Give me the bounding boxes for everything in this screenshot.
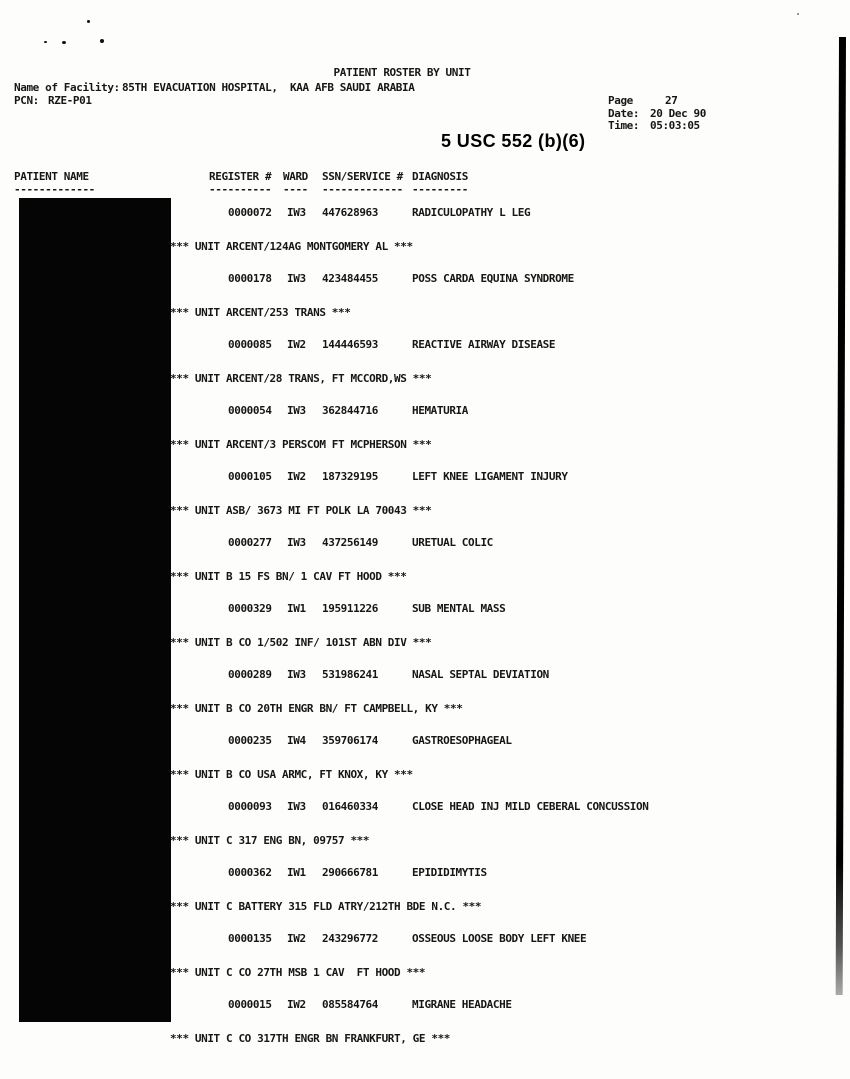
register-number: 0000054 [228, 404, 272, 417]
register-number: 0000105 [228, 470, 272, 483]
unit-separator-label: *** UNIT C BATTERY 315 FLD ATRY/212TH BD… [170, 900, 481, 913]
col-underline-ssn-service: ------------- [322, 183, 403, 196]
scan-speck [44, 41, 47, 43]
page-number: 27 [665, 94, 677, 107]
col-header-ssn-service: SSN/SERVICE # [322, 170, 403, 183]
ssn-service-number: 243296772 [322, 932, 378, 945]
ssn-service-number: 362844716 [322, 404, 378, 417]
unit-separator-row: *** UNIT C CO 317TH ENGR BN FRANKFURT, G… [0, 1032, 850, 1046]
ssn-service-number: 144446593 [322, 338, 378, 351]
diagnosis-text: REACTIVE AIRWAY DISEASE [412, 338, 555, 351]
register-number: 0000085 [228, 338, 272, 351]
diagnosis-text: POSS CARDA EQUINA SYNDROME [412, 272, 574, 285]
register-number: 0000329 [228, 602, 272, 615]
col-header-register: REGISTER # [209, 170, 271, 183]
col-underline-patient-name: ------------- [14, 183, 95, 196]
ward-code: IW3 [287, 272, 306, 285]
register-number: 0000135 [228, 932, 272, 945]
scan-speck [87, 20, 90, 23]
col-header-ward: WARD [283, 170, 308, 183]
ssn-service-number: 195911226 [322, 602, 378, 615]
scan-speck [62, 41, 66, 44]
register-number: 0000362 [228, 866, 272, 879]
page-label: Page [608, 94, 633, 107]
unit-separator-label: *** UNIT ARCENT/28 TRANS, FT MCCORD,WS *… [170, 372, 431, 385]
unit-separator-label: *** UNIT B CO USA ARMC, FT KNOX, KY *** [170, 768, 413, 781]
foia-exemption-stamp: 5 USC 552 (b)(6) [441, 131, 585, 152]
redaction-block [19, 198, 171, 1022]
scan-speck [797, 13, 799, 15]
unit-separator-label: *** UNIT B 15 FS BN/ 1 CAV FT HOOD *** [170, 570, 406, 583]
ward-code: IW2 [287, 932, 306, 945]
scan-speck [100, 39, 104, 43]
diagnosis-text: URETUAL COLIC [412, 536, 493, 549]
ward-code: IW3 [287, 800, 306, 813]
diagnosis-text: EPIDIDIMYTIS [412, 866, 487, 879]
register-number: 0000072 [228, 206, 272, 219]
scanned-report-page: PATIENT ROSTER BY UNIT Name of Facility:… [0, 0, 850, 1079]
ward-code: IW3 [287, 536, 306, 549]
diagnosis-text: RADICULOPATHY L LEG [412, 206, 530, 219]
unit-separator-label: *** UNIT ARCENT/124AG MONTGOMERY AL *** [170, 240, 413, 253]
ssn-service-number: 085584764 [322, 998, 378, 1011]
pcn-value: RZE-P01 [48, 94, 92, 107]
ssn-service-number: 531986241 [322, 668, 378, 681]
diagnosis-text: OSSEOUS LOOSE BODY LEFT KNEE [412, 932, 586, 945]
col-header-diagnosis: DIAGNOSIS [412, 170, 468, 183]
register-number: 0000015 [228, 998, 272, 1011]
ssn-service-number: 359706174 [322, 734, 378, 747]
ward-code: IW2 [287, 470, 306, 483]
diagnosis-text: MIGRANE HEADACHE [412, 998, 512, 1011]
ward-code: IW3 [287, 404, 306, 417]
ward-code: IW4 [287, 734, 306, 747]
ssn-service-number: 437256149 [322, 536, 378, 549]
unit-separator-label: *** UNIT ARCENT/253 TRANS *** [170, 306, 350, 319]
diagnosis-text: CLOSE HEAD INJ MILD CEBERAL CONCUSSION [412, 800, 648, 813]
diagnosis-text: SUB MENTAL MASS [412, 602, 505, 615]
time-label: Time: [608, 119, 639, 132]
ssn-service-number: 423484455 [322, 272, 378, 285]
report-title: PATIENT ROSTER BY UNIT [332, 66, 472, 79]
pcn-label: PCN: [14, 94, 39, 107]
col-underline-register: ---------- [209, 183, 271, 196]
col-header-patient-name: PATIENT NAME [14, 170, 89, 183]
col-underline-ward: ---- [283, 183, 308, 196]
col-underline-diagnosis: --------- [412, 183, 468, 196]
unit-separator-label: *** UNIT C CO 27TH MSB 1 CAV FT HOOD *** [170, 966, 425, 979]
ward-code: IW2 [287, 998, 306, 1011]
diagnosis-text: LEFT KNEE LIGAMENT INJURY [412, 470, 568, 483]
diagnosis-text: GASTROESOPHAGEAL [412, 734, 512, 747]
unit-separator-label: *** UNIT ASB/ 3673 MI FT POLK LA 70043 *… [170, 504, 431, 517]
unit-separator-label: *** UNIT B CO 1/502 INF/ 101ST ABN DIV *… [170, 636, 431, 649]
register-number: 0000178 [228, 272, 272, 285]
ward-code: IW3 [287, 668, 306, 681]
diagnosis-text: HEMATURIA [412, 404, 468, 417]
ssn-service-number: 016460334 [322, 800, 378, 813]
unit-separator-label: *** UNIT B CO 20TH ENGR BN/ FT CAMPBELL,… [170, 702, 462, 715]
ward-code: IW3 [287, 206, 306, 219]
register-number: 0000277 [228, 536, 272, 549]
facility-label: Name of Facility: [14, 81, 120, 94]
register-number: 0000093 [228, 800, 272, 813]
unit-separator-label: *** UNIT ARCENT/3 PERSCOM FT MCPHERSON *… [170, 438, 431, 451]
unit-separator-label: *** UNIT C CO 317TH ENGR BN FRANKFURT, G… [170, 1032, 450, 1045]
ward-code: IW2 [287, 338, 306, 351]
facility-value: 85TH EVACUATION HOSPITAL, KAA AFB SAUDI … [122, 81, 414, 94]
unit-separator-label: *** UNIT C 317 ENG BN, 09757 *** [170, 834, 369, 847]
ssn-service-number: 187329195 [322, 470, 378, 483]
register-number: 0000289 [228, 668, 272, 681]
ward-code: IW1 [287, 602, 306, 615]
time-value: 05:03:05 [650, 119, 700, 132]
diagnosis-text: NASAL SEPTAL DEVIATION [412, 668, 549, 681]
ssn-service-number: 290666781 [322, 866, 378, 879]
ward-code: IW1 [287, 866, 306, 879]
ssn-service-number: 447628963 [322, 206, 378, 219]
register-number: 0000235 [228, 734, 272, 747]
